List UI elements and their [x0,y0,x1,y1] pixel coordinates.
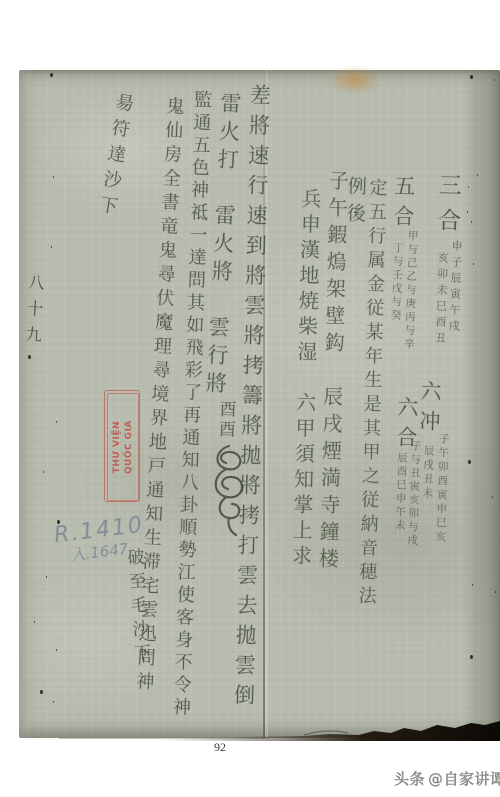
page-background: 三合 申子辰寅午戌 亥卯未巳酉丑 六冲 子午卯酉寅申巳亥 辰戌丑未 五合 甲与己… [0,0,500,797]
watermark: 头条@自家讲谭 [394,768,500,789]
column-liuhe-note-left: 辰酉巳申午未 [393,452,407,552]
column-wuhe-note-left: 丁与壬戊与癸 [389,242,403,342]
page-number: 92 [200,740,240,755]
watermark-handle: @自家讲谭 [428,770,500,788]
torn-page-edge [19,719,500,741]
paper-right-shading [463,70,500,738]
column-liuchong-note-left: 辰戌丑未 [421,445,434,525]
paper-stain [329,66,381,94]
library-seal-line1: THƯ VIỆN [111,420,123,474]
column-wuxing-rule: 定五行属金従某年生是其甲之従納音穂法 [354,178,385,688]
column-verse-line1: 子午鍜熓架壁鈎 辰戌煙満寺鐘楼 [316,170,347,600]
paper-specks [50,73,53,77]
library-seal-border: THƯ VIỆN QUỐC GIA [107,393,139,501]
manuscript-scan: 三合 申子辰寅午戌 亥卯未巳酉丑 六冲 子午卯酉寅申巳亥 辰戌丑未 五合 甲与己… [19,70,500,738]
scribble-spiral-mark [205,442,253,538]
library-seal-line2: QUỐC GIA [123,420,135,474]
library-seal: THƯ VIỆN QUỐC GIA [104,390,140,502]
folio-number-label: 八十九 [23,274,44,365]
column-left-5: 昜符達沙下 [91,92,134,253]
watermark-logo: 头条 [394,770,425,788]
paper-left-highlight [19,70,33,738]
